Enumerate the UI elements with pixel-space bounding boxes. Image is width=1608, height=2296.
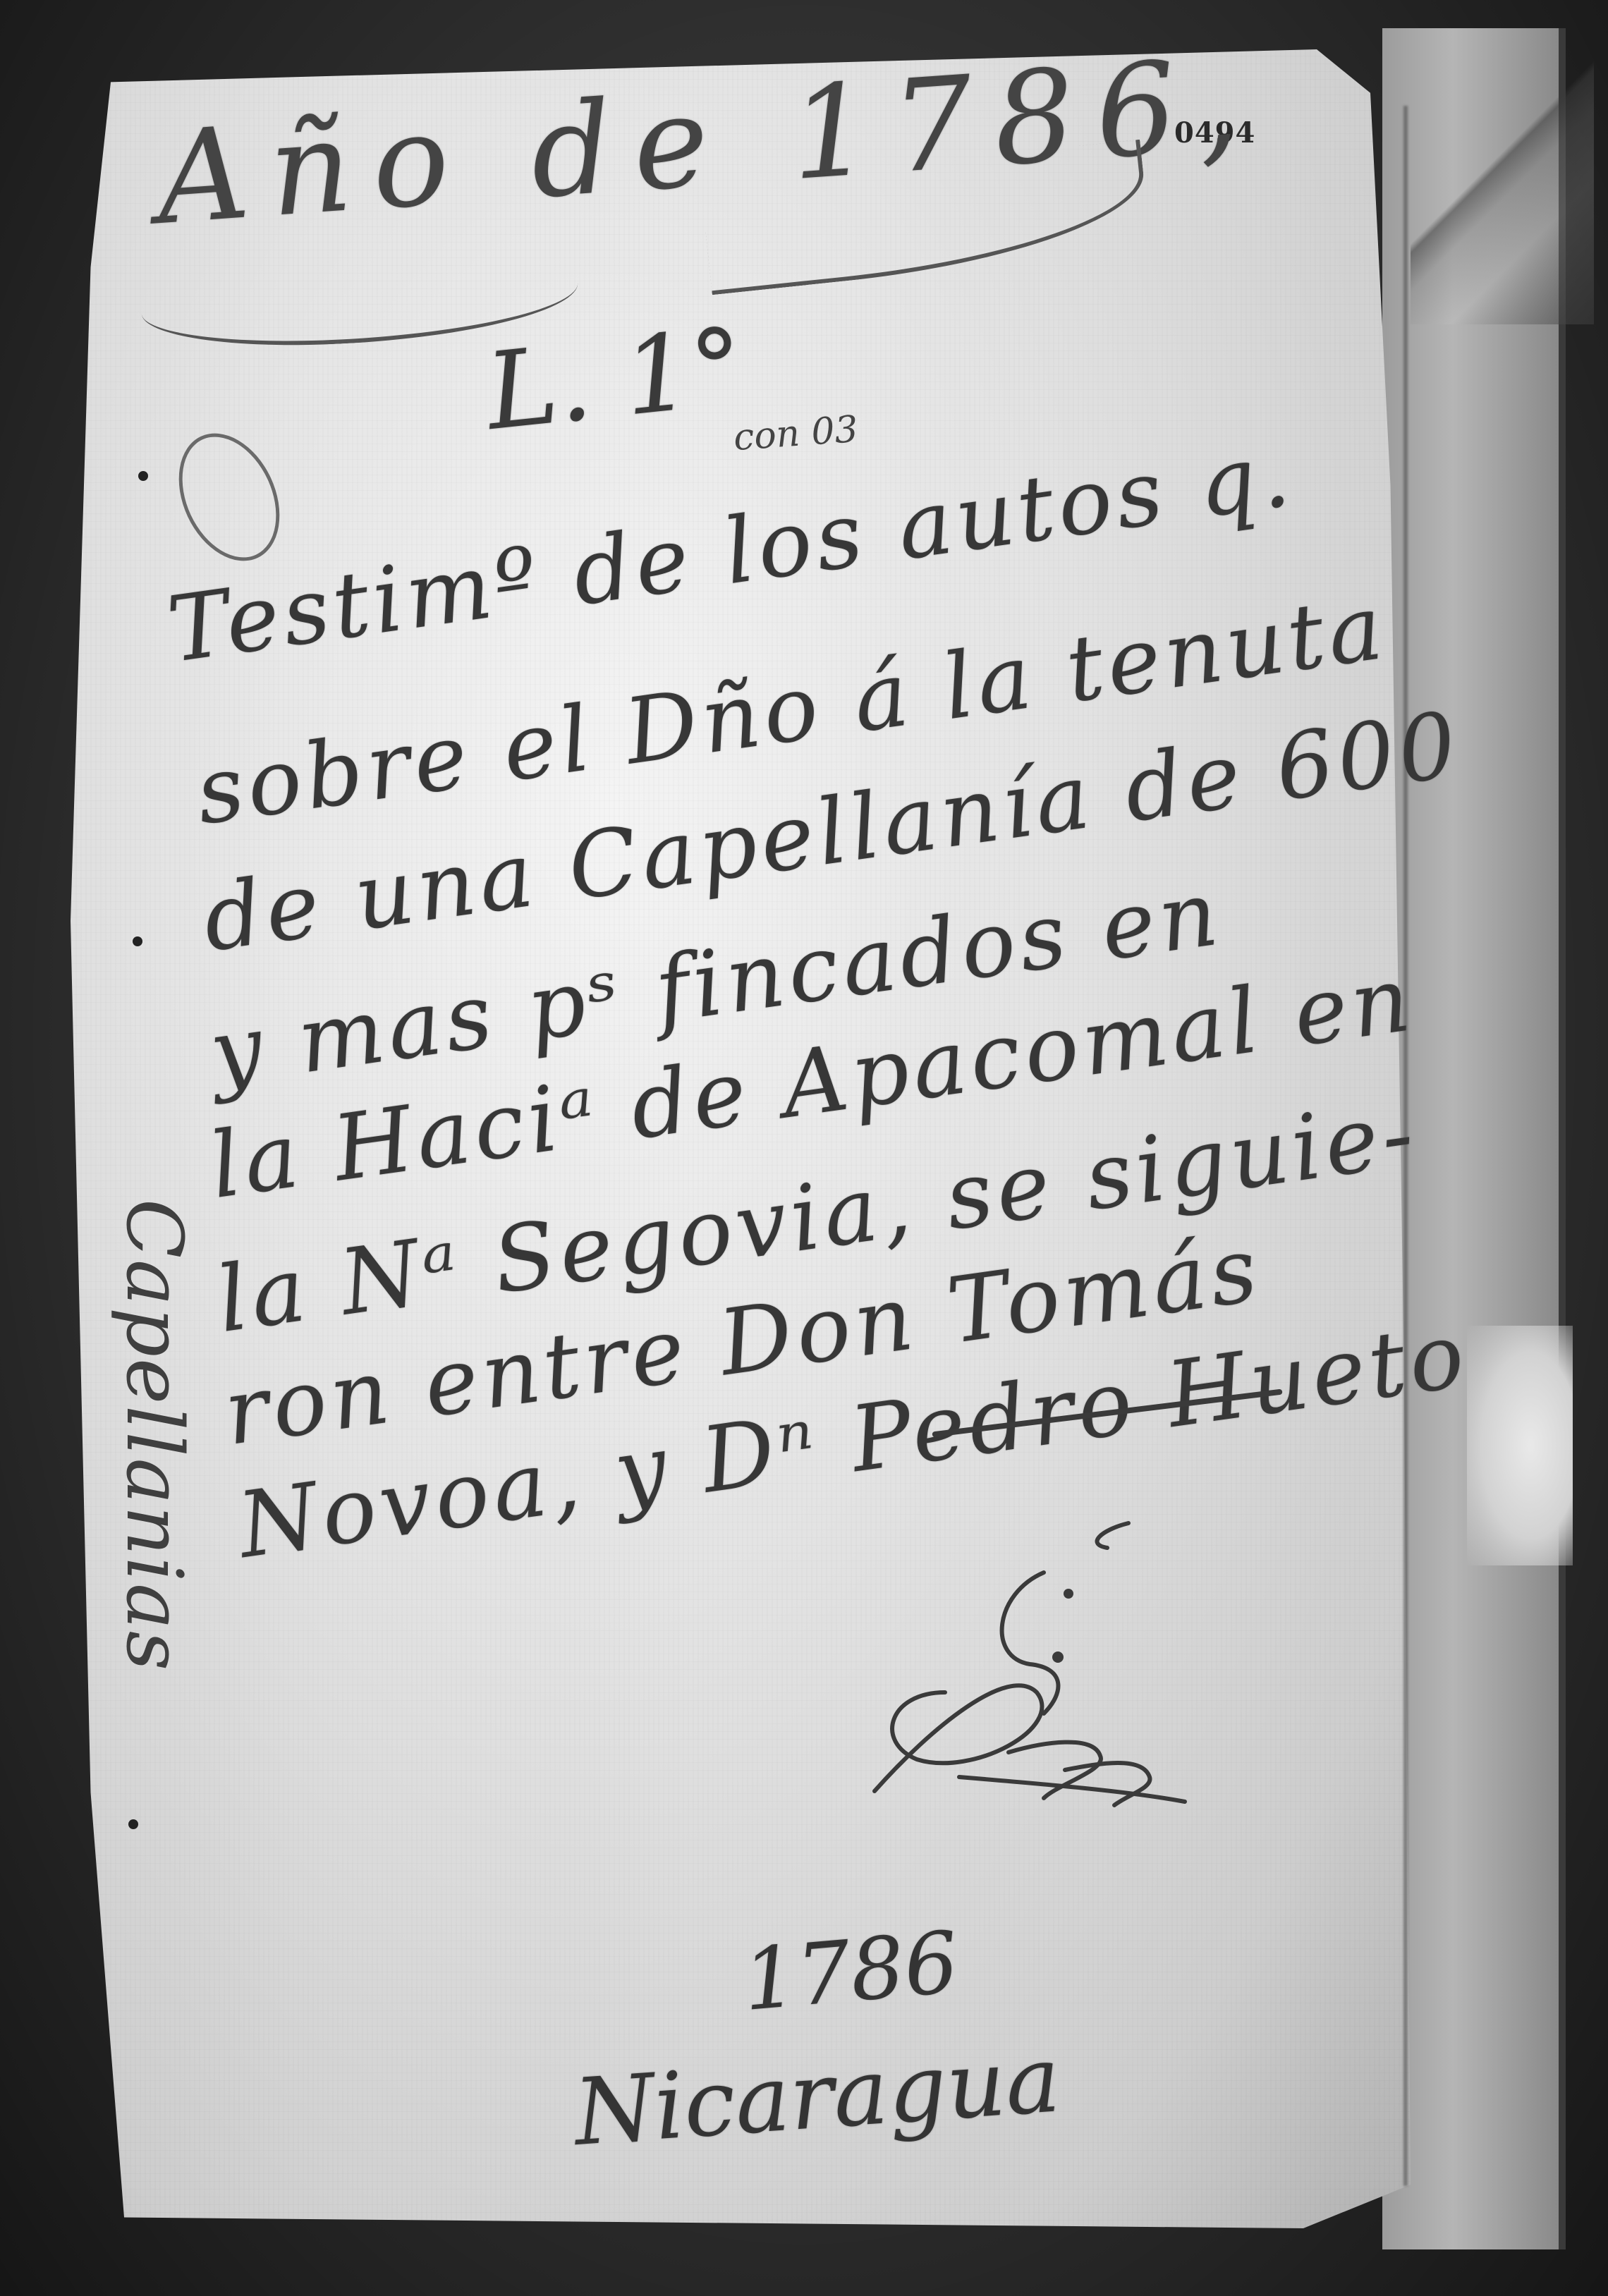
folded-corner xyxy=(1411,28,1594,324)
torn-edge xyxy=(1467,1326,1573,1565)
margin-note-vertical: Capellanias xyxy=(109,1199,200,1672)
ink-dot xyxy=(128,1819,138,1829)
bottom-year: 1786 xyxy=(739,1914,962,2030)
ink-dot xyxy=(138,471,148,481)
legajo-note: con 03 xyxy=(732,408,859,459)
ink-dot xyxy=(133,936,142,946)
rubric-signature-icon xyxy=(832,1516,1199,1812)
manuscript-scan: 0494 Año de 1786, L. 1° con 03 Testimº d… xyxy=(0,0,1608,2296)
